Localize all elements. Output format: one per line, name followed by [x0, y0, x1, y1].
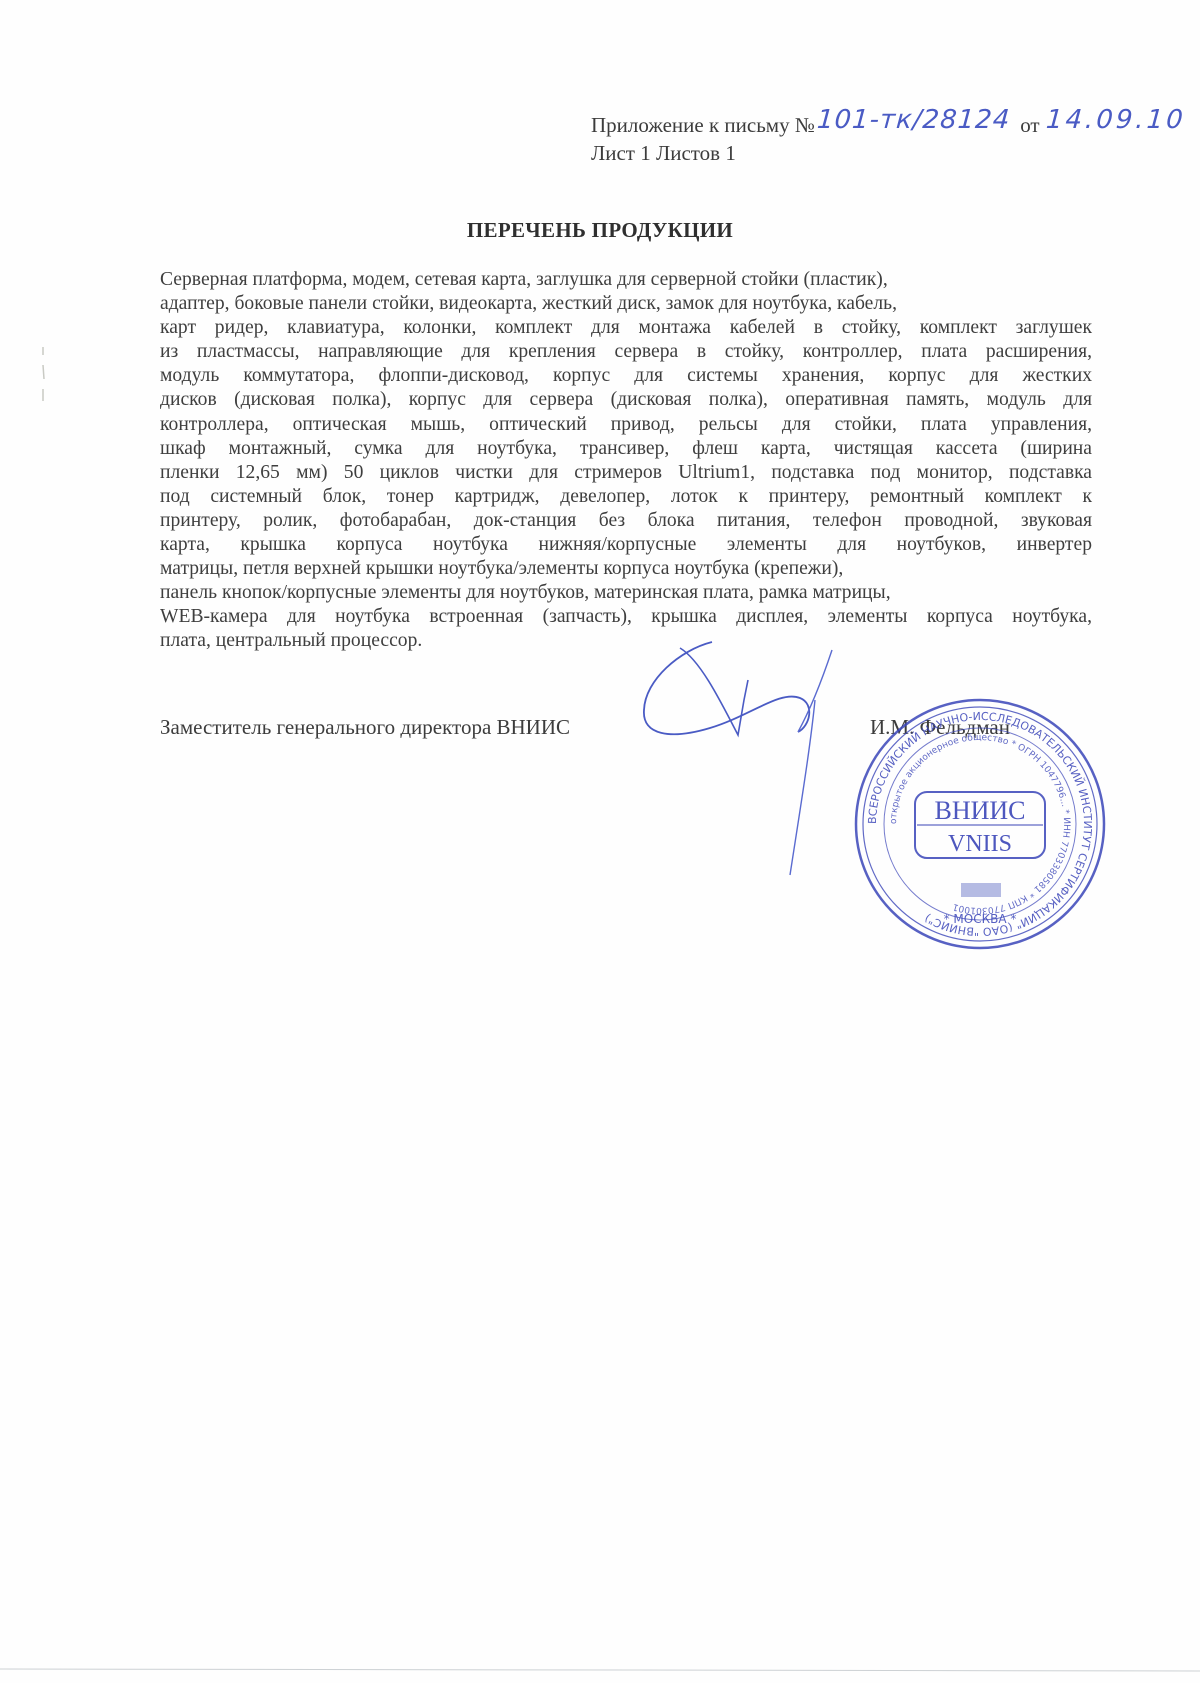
- appendix-prefix: Приложение к письму №: [591, 113, 815, 137]
- product-list-line: карт ридер, клавиатура, колонки, комплек…: [160, 316, 1092, 340]
- scan-artifact: [40, 345, 46, 405]
- document-page: Приложение к письму №101-тк/28124от14.09…: [0, 0, 1200, 1683]
- product-list-line: модуль коммутатора, флоппи-дисковод, кор…: [160, 364, 1092, 388]
- product-list-line: матрицы, петля верхней крышки ноутбука/э…: [160, 557, 1092, 581]
- product-list-line: адаптер, боковые панели стойки, видеокар…: [160, 292, 1092, 316]
- handwritten-signature: [640, 640, 870, 880]
- stamp-city: * МОСКВА *: [944, 912, 1017, 926]
- product-list-line: контроллера, оптическая мышь, оптический…: [160, 413, 1092, 437]
- product-list-line: WEB-камера для ноутбука встроенная (запч…: [160, 605, 1092, 629]
- stamp-center-top: ВНИИС: [934, 796, 1025, 825]
- date-handwritten: 14.09.10: [1045, 106, 1187, 134]
- stamp-center-bottom: VNIIS: [948, 831, 1012, 857]
- product-list-line: под системный блок, тонер картридж, деве…: [160, 485, 1092, 509]
- product-list-line: панель кнопок/корпусные элементы для ноу…: [160, 581, 1092, 605]
- letter-header: Приложение к письму №101-тк/28124от14.09…: [591, 110, 1185, 167]
- product-list-line: карта, крышка корпуса ноутбука нижняя/ко…: [160, 533, 1092, 557]
- product-list-line: дисков (дисковая полка), корпус для серв…: [160, 388, 1092, 412]
- product-list-line: Серверная платформа, модем, сетевая карт…: [160, 268, 1092, 292]
- product-list-line: из пластмассы, направляющие для креплени…: [160, 340, 1092, 364]
- product-list-line: плата, центральный процессор.: [160, 629, 1092, 653]
- signatory-position: Заместитель генерального директора ВНИИС: [160, 715, 570, 740]
- sheet-line: Лист 1 Листов 1: [591, 139, 1185, 167]
- product-list-line: пленки 12,65 мм) 50 циклов чистки для ст…: [160, 461, 1092, 485]
- scan-bottom-edge: [0, 1668, 1200, 1672]
- letter-number-handwritten: 101-тк/28124: [816, 106, 1011, 134]
- date-prefix: от: [1020, 113, 1039, 137]
- document-title: ПЕРЕЧЕНЬ ПРОДУКЦИИ: [0, 218, 1200, 243]
- product-list-line: шкаф монтажный, сумка для ноутбука, тран…: [160, 437, 1092, 461]
- official-stamp: ВСЕРОССИЙСКИЙ НАУЧНО-ИССЛЕДОВАТЕЛЬСКИЙ И…: [853, 697, 1107, 951]
- product-list-line: принтеру, ролик, фотобарабан, док-станци…: [160, 509, 1092, 533]
- product-list-text: Серверная платформа, модем, сетевая карт…: [160, 268, 1092, 654]
- appendix-line: Приложение к письму №101-тк/28124от14.09…: [591, 110, 1185, 139]
